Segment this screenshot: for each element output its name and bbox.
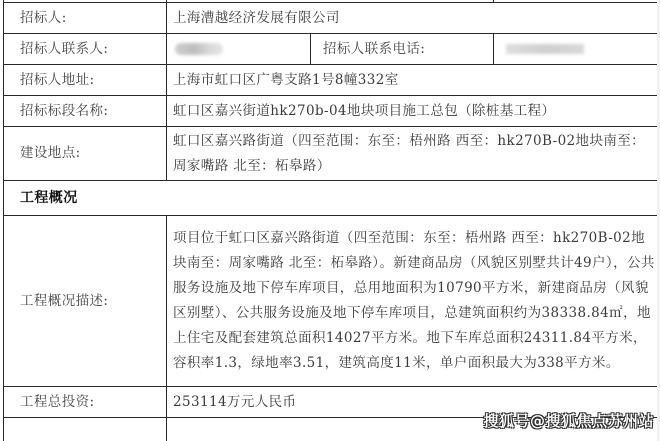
address-value: 上海市虹口区广粤支路1号8幢332室 xyxy=(167,65,658,96)
tender-info-table: 招标人: 上海漕越经济发展有限公司 招标人联系人: 招标人联系电话: 招标人地址… xyxy=(3,0,658,441)
tenderer-value: 上海漕越经济发展有限公司 xyxy=(167,3,658,34)
row-tenderer: 招标人: 上海漕越经济发展有限公司 xyxy=(4,3,658,34)
location-value: 虹口区嘉兴路街道（四至范围：东至：梧州路 西至：hk270B-02地块南至：周家… xyxy=(167,127,658,181)
redacted-phone-number xyxy=(506,44,584,54)
row-location: 建设地点: 虹口区嘉兴路街道（四至范围：东至：梧州路 西至：hk270B-02地… xyxy=(4,127,658,181)
phone-label: 招标人联系电话: xyxy=(311,34,494,65)
location-label: 建设地点: xyxy=(4,127,167,181)
source-watermark: 搜狐号@搜狐焦点苏州站 xyxy=(483,410,654,431)
row-section-name: 招标标段名称: 虹口区嘉兴街道hk270b-04地块项目施工总包（除桩基工程） xyxy=(4,96,658,127)
tender-document: 招标人: 上海漕越经济发展有限公司 招标人联系人: 招标人联系电话: 招标人地址… xyxy=(3,0,657,441)
row-contact: 招标人联系人: 招标人联系电话: xyxy=(4,34,658,65)
section-name-label: 招标标段名称: xyxy=(4,96,167,127)
address-label: 招标人地址: xyxy=(4,65,167,96)
tenderer-label: 招标人: xyxy=(4,3,167,34)
phone-value xyxy=(494,34,658,65)
row-overview-header: 工程概况 xyxy=(4,181,658,216)
row-overview-description: 工程概况描述: 项目位于虹口区嘉兴路街道（四至范围：东至：梧州路 西至：hk27… xyxy=(4,216,658,387)
overview-section-title: 工程概况 xyxy=(4,181,658,216)
section-name-value: 虹口区嘉兴街道hk270b-04地块项目施工总包（除桩基工程） xyxy=(167,96,658,127)
contact-value xyxy=(167,34,311,65)
overview-desc-value: 项目位于虹口区嘉兴路街道（四至范围：东至：梧州路 西至：hk270B-02地块南… xyxy=(167,216,658,387)
contact-label: 招标人联系人: xyxy=(4,34,167,65)
investment-label: 工程总投资: xyxy=(4,387,167,418)
overview-desc-label: 工程概况描述: xyxy=(4,216,167,387)
redacted-contact-name xyxy=(175,43,223,55)
row-address: 招标人地址: 上海市虹口区广粤支路1号8幢332室 xyxy=(4,65,658,96)
